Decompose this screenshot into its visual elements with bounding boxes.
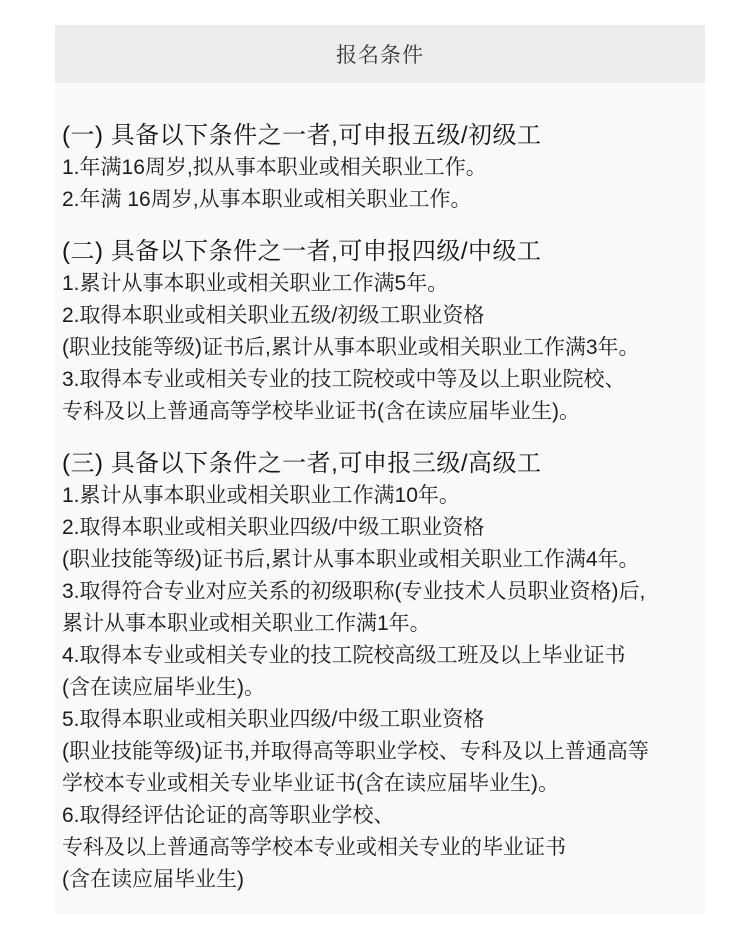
condition-line: 1.年满16周岁,拟从事本职业或相关职业工作。 — [62, 152, 697, 184]
condition-section: (三) 具备以下条件之一者,可申报三级/高级工 1.累计从事本职业或相关职业工作… — [62, 448, 697, 896]
condition-line: 3.取得符合专业对应关系的初级职称(专业技术人员职业资格)后, — [62, 576, 697, 608]
section-heading: (一) 具备以下条件之一者,可申报五级/初级工 — [62, 120, 697, 152]
section-heading: (二) 具备以下条件之一者,可申报四级/中级工 — [62, 236, 697, 268]
condition-line: 4.取得本专业或相关专业的技工院校高级工班及以上毕业证书 — [62, 640, 697, 672]
condition-line: 专科及以上普通高等学校毕业证书(含在读应届毕业生)。 — [62, 396, 697, 428]
condition-line: 2.取得本职业或相关职业四级/中级工职业资格 — [62, 512, 697, 544]
condition-line: (职业技能等级)证书,并取得高等职业学校、专科及以上普通高等 — [62, 736, 697, 768]
condition-line: 1.累计从事本职业或相关职业工作满5年。 — [62, 268, 697, 300]
notice-header: 报名条件 — [55, 25, 705, 83]
condition-line: (含在读应届毕业生) — [62, 864, 697, 896]
condition-line: (含在读应届毕业生)。 — [62, 672, 697, 704]
condition-line: 3.取得本专业或相关专业的技工院校或中等及以上职业院校、 — [62, 364, 697, 396]
condition-line: (职业技能等级)证书后,累计从事本职业或相关职业工作满3年。 — [62, 332, 697, 364]
condition-line: 专科及以上普通高等学校本专业或相关专业的毕业证书 — [62, 832, 697, 864]
condition-line: 2.年满 16周岁,从事本职业或相关职业工作。 — [62, 184, 697, 216]
notice-panel: 报名条件 (一) 具备以下条件之一者,可申报五级/初级工 1.年满16周岁,拟从… — [55, 25, 705, 914]
page-title: 报名条件 — [336, 39, 424, 69]
condition-line: 1.累计从事本职业或相关职业工作满10年。 — [62, 480, 697, 512]
condition-section: (一) 具备以下条件之一者,可申报五级/初级工 1.年满16周岁,拟从事本职业或… — [62, 120, 697, 216]
section-heading: (三) 具备以下条件之一者,可申报三级/高级工 — [62, 448, 697, 480]
condition-section: (二) 具备以下条件之一者,可申报四级/中级工 1.累计从事本职业或相关职业工作… — [62, 236, 697, 428]
condition-line: 累计从事本职业或相关职业工作满1年。 — [62, 608, 697, 640]
condition-line: (职业技能等级)证书后,累计从事本职业或相关职业工作满4年。 — [62, 544, 697, 576]
condition-line: 学校本专业或相关专业毕业证书(含在读应届毕业生)。 — [62, 768, 697, 800]
notice-body: (一) 具备以下条件之一者,可申报五级/初级工 1.年满16周岁,拟从事本职业或… — [55, 83, 705, 914]
condition-line: 6.取得经评估论证的高等职业学校、 — [62, 800, 697, 832]
condition-line: 2.取得本职业或相关职业五级/初级工职业资格 — [62, 300, 697, 332]
condition-line: 5.取得本职业或相关职业四级/中级工职业资格 — [62, 704, 697, 736]
